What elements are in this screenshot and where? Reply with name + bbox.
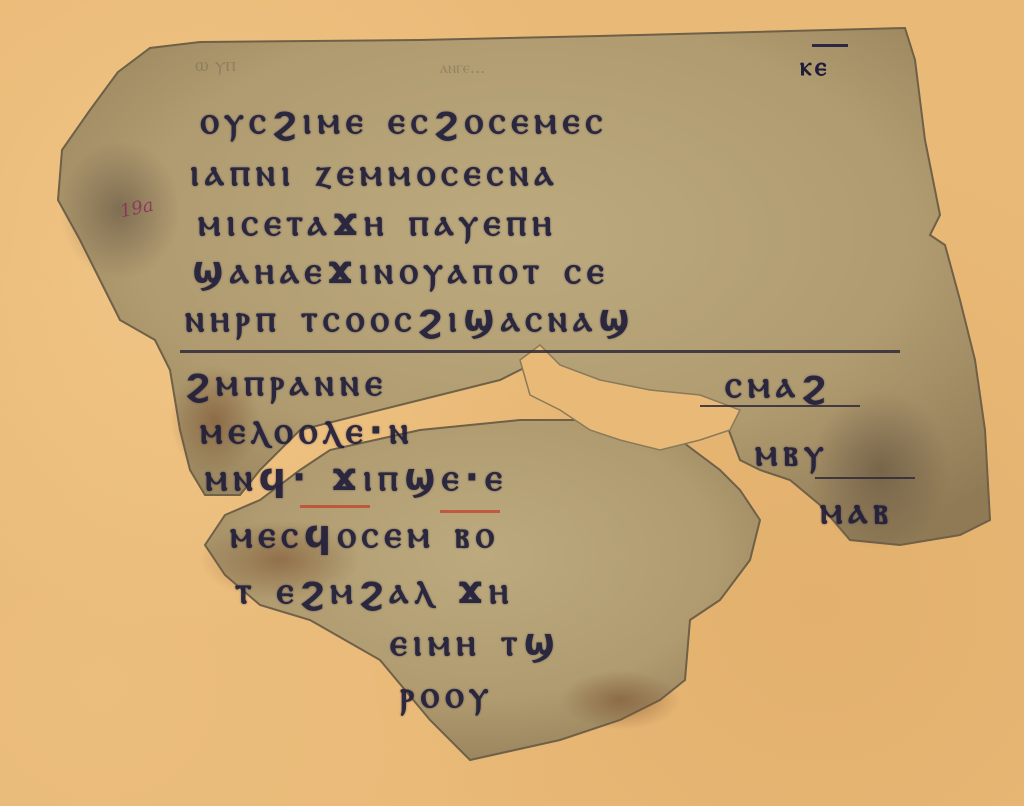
text-line: ⲙⲃⲩ bbox=[755, 430, 830, 475]
text-line: ⲉⲓⲙⲏ ⲧϣ bbox=[390, 620, 561, 665]
text-line: ⲧ ⲉϩⲙϩⲁⲗ ϫⲏ bbox=[235, 568, 514, 613]
text-line: ⲛⲏⲣⲡ ⲧⲥⲟⲟⲥϩⲓϣⲁⲥⲛⲁϣ bbox=[185, 296, 636, 341]
text-line: ⲙⲁⲃ bbox=[820, 488, 894, 533]
ruling-line bbox=[180, 350, 900, 353]
text-line: ⲥⲙⲁϩ bbox=[725, 362, 832, 407]
pencil-note: ⲁⲛⲅⲉ... bbox=[440, 58, 485, 78]
ruling-line bbox=[815, 477, 915, 479]
text-line: ⲓⲁⲡⲛⲓ ⲍⲉⲙⲙⲟⲥⲉⲥⲛⲁ bbox=[190, 150, 559, 195]
text-line: ⲙⲓⲥⲉⲧⲁϫⲏ ⲡⲁⲩⲉⲡⲏ bbox=[198, 200, 558, 245]
text-line: ⲙⲉⲥϥⲟⲥⲉⲙ ⲃⲟ bbox=[230, 512, 500, 557]
text-line: ⲣⲟⲟⲩ bbox=[400, 672, 495, 717]
pencil-note: ⲱ ⲩⲡ bbox=[195, 52, 236, 76]
text-line: ϩⲙⲡⲣⲁⲛⲛⲉ bbox=[185, 360, 388, 405]
rubric-mark bbox=[300, 505, 370, 508]
text-line: ⲙⲛϥ· ϫⲓⲡϣⲉ·ⲉ bbox=[205, 455, 508, 500]
text-line: ⲟⲩⲥϩⲓⲙⲉ ⲉⲥϩⲟⲥⲉⲙⲉⲥ bbox=[200, 98, 608, 143]
text-line: ϣⲁⲏⲁⲉϫⲓⲛⲟⲩⲁⲡⲟⲧ ⲥⲉ bbox=[192, 248, 610, 293]
page-number: ⲕⲉ bbox=[800, 52, 829, 83]
text-line: ⲙⲉⲗⲟⲟⲗⲉ·ⲛ bbox=[200, 408, 414, 453]
